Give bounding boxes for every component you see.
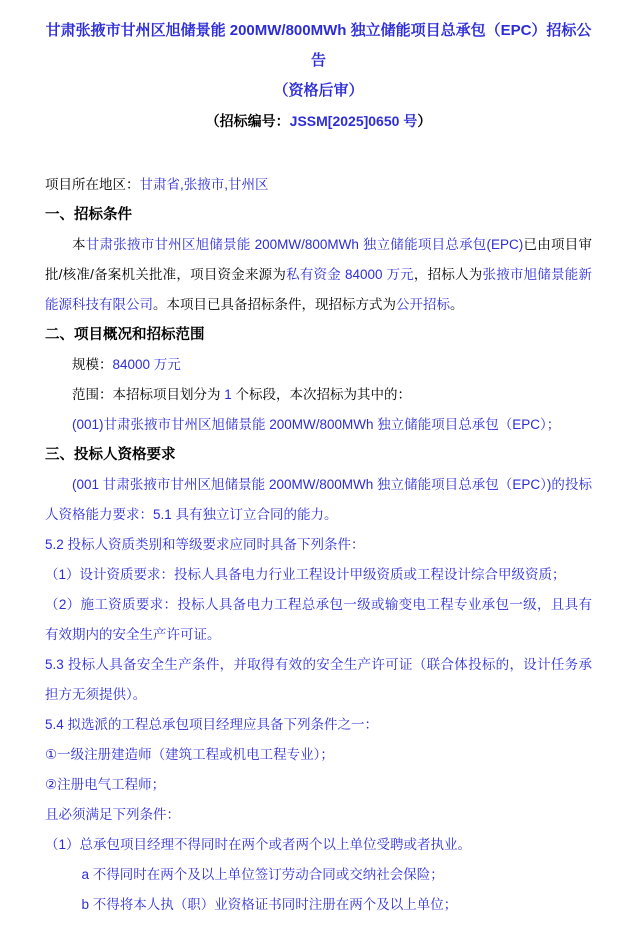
section1-paragraph: 本甘肃张掖市甘州区旭储景能 200MW/800MWh 独立储能项目总承包(EPC… [45, 230, 592, 320]
project-location-value: 甘肃省,张掖市,甘州区 [140, 177, 269, 192]
section3-heading: 三、投标人资格要求 [45, 440, 592, 470]
project-scope-text1: 本招标项目划分为 [113, 387, 225, 402]
qualification-requirement-5-3: 5.3 投标人具备安全生产条件，并取得有效的安全生产许可证（联合体投标的，设计任… [45, 650, 592, 710]
project-location-line: 项目所在地区：甘肃省,张掖市,甘州区 [45, 170, 592, 200]
tender-number-line: （招标编号：JSSM[2025]0650 号） [45, 106, 592, 136]
manager-employment-restriction: （1）总承包项目经理不得同时在两个或者两个以上单位受聘或者执业。 [45, 830, 592, 860]
doc-title: 甘肃张掖市甘州区旭储景能 200MW/800MWh 独立储能项目总承包（EPC）… [45, 16, 592, 76]
project-scope-label: 范围： [72, 387, 113, 402]
project-manager-option-1: ①一级注册建造师（建筑工程或机电工程专业）； [45, 740, 592, 770]
project-location-label: 项目所在地区： [45, 177, 140, 192]
tender-number-suffix: ） [417, 113, 431, 129]
qualification-requirement-5-2: 5.2 投标人资质类别和等级要求应同时具备下列条件： [45, 530, 592, 560]
design-qualification-item: （1）设计资质要求：投标人具备电力行业工程设计甲级资质或工程设计综合甲级资质； [45, 560, 592, 590]
s1-seg7: 。本项目已具备招标条件，现招标方式为 [153, 297, 396, 312]
qualification-requirement-5-1: (001 甘肃张掖市甘州区旭储景能 200MW/800MWh 独立储能项目总承包… [45, 470, 592, 530]
s1-project-name: 甘肃张掖市甘州区旭储景能 200MW/800MWh 独立储能项目总承包(EPC) [86, 237, 524, 252]
s1-funding-source: 私有资金 84000 万元 [286, 267, 414, 282]
s1-seg9: 。 [450, 297, 464, 312]
s1-seg5: ，招标人为 [414, 267, 483, 282]
doc-subtitle-qualification: （资格后审） [45, 76, 592, 106]
s1-seg1: 本 [72, 237, 86, 252]
tender-number-value: JSSM[2025]0650 号 [290, 113, 418, 129]
tender-number-prefix: （招标编号： [206, 113, 290, 129]
restriction-item-a: a 不得同时在两个及以上单位签订劳动合同或交纳社会保险； [45, 860, 592, 890]
project-scale-line: 规模：84000 万元 [45, 350, 592, 380]
project-scale-value: 84000 万元 [113, 357, 181, 372]
lot-001-line: (001)甘肃张掖市甘州区旭储景能 200MW/800MWh 独立储能项目总承包… [45, 410, 592, 440]
qualification-requirement-5-4: 5.4 拟选派的工程总承包项目经理应具备下列条件之一： [45, 710, 592, 740]
section1-heading: 一、招标条件 [45, 200, 592, 230]
s1-tender-method: 公开招标 [396, 297, 450, 312]
project-scope-text2: 个标段，本次招标为其中的： [232, 387, 411, 402]
project-scope-lot-count: 1 [224, 387, 232, 402]
project-scale-label: 规模： [72, 357, 113, 372]
section2-heading: 二、项目概况和招标范围 [45, 320, 592, 350]
document-page: 甘肃张掖市甘州区旭储景能 200MW/800MWh 独立储能项目总承包（EPC）… [0, 0, 622, 930]
project-scope-line: 范围：本招标项目划分为 1 个标段，本次招标为其中的： [45, 380, 592, 410]
construction-qualification-item: （2）施工资质要求：投标人具备电力工程总承包一级或输变电工程专业承包一级，且具有… [45, 590, 592, 650]
project-manager-option-2: ②注册电气工程师； [45, 770, 592, 800]
additional-conditions-intro: 且必须满足下列条件： [45, 800, 592, 830]
